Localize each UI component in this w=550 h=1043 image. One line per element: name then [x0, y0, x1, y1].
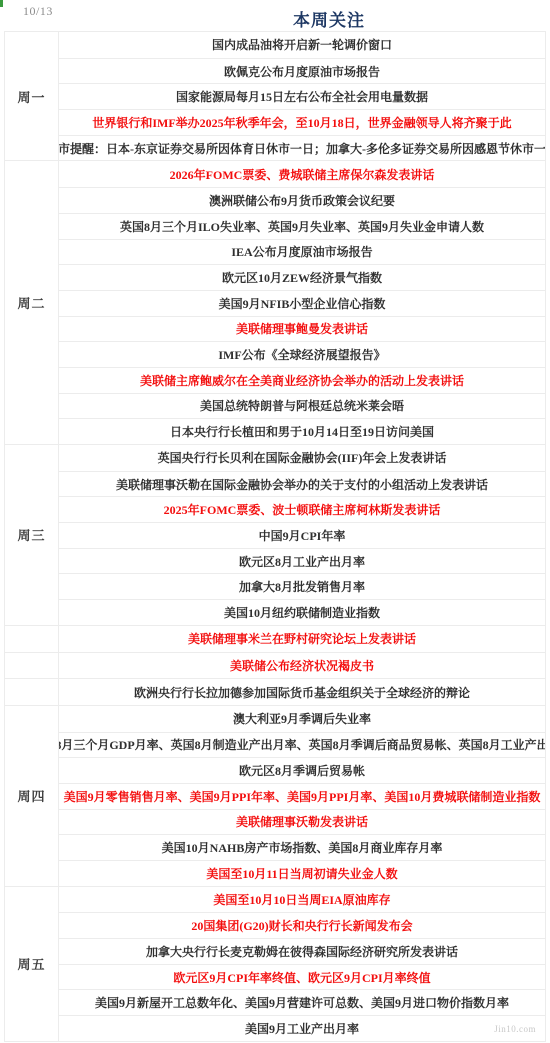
event-text: 欧元区8月工业产出月率	[239, 553, 365, 570]
event-row: 英国央行行长贝利在国际金融协会(IIF)年会上发表讲话	[59, 445, 545, 471]
event-text: IEA公布月度原油市场报告	[231, 243, 372, 260]
event-text: 20国集团(G20)财长和央行行长新闻发布会	[191, 917, 412, 934]
event-row: 美联储理事米兰在野村研究论坛上发表讲话	[59, 626, 545, 652]
day-label: 周一	[5, 32, 59, 160]
event-row: 美联储主席鲍威尔在全美商业经济协会举办的活动上发表讲话	[59, 367, 545, 393]
event-row: 美国9月新屋开工总数年化、美国9月营建许可总数、美国9月进口物价指数月率	[59, 989, 545, 1015]
event-row: 国家能源局每月15日左右公布全社会用电量数据	[59, 83, 545, 109]
event-text: IMF公布《全球经济展望报告》	[218, 346, 385, 363]
event-row: 2025年FOMC票委、波士顿联储主席柯林斯发表讲话	[59, 496, 545, 522]
event-text: 美国至10月10日当周EIA原油库存	[213, 891, 390, 908]
event-text: 美联储理事米兰在野村研究论坛上发表讲话	[188, 630, 416, 647]
event-text: 欧元区10月ZEW经济景气指数	[222, 269, 382, 286]
event-row: 欧洲央行行长拉加德参加国际货币基金组织关于全球经济的辩论	[59, 679, 545, 705]
event-rows: 国内成品油将开启新一轮调价窗口欧佩克公布月度原油市场报告国家能源局每月15日左右…	[59, 32, 545, 160]
event-text: 休市提醒：日本-东京证券交易所因体育日休市一日；加拿大-多伦多证券交易所因感恩节…	[59, 140, 545, 157]
day-section: 周三英国央行行长贝利在国际金融协会(IIF)年会上发表讲话美联储理事沃勒在国际金…	[5, 444, 545, 625]
event-text: 英国央行行长贝利在国际金融协会(IIF)年会上发表讲话	[158, 449, 447, 466]
event-row: 美国9月零售销售月率、美国9月PPI年率、美国9月PPI月率、美国10月费城联储…	[59, 783, 545, 809]
event-rows: 澳大利亚9月季调后失业率英国8月三个月GDP月率、英国8月制造业产出月率、英国8…	[59, 706, 545, 886]
event-text: 国家能源局每月15日左右公布全社会用电量数据	[176, 88, 428, 105]
event-text: 美国至10月11日当周初请失业金人数	[206, 865, 397, 882]
day-section: 美联储公布经济状况褐皮书	[5, 652, 545, 679]
event-row: 中国9月CPI年率	[59, 522, 545, 548]
event-row: 美国至10月10日当周EIA原油库存	[59, 887, 545, 913]
event-text: 国内成品油将开启新一轮调价窗口	[212, 36, 392, 53]
event-text: 美国9月NFIB小型企业信心指数	[219, 295, 386, 312]
event-text: 美国总统特朗普与阿根廷总统米莱会晤	[200, 397, 404, 414]
weekly-events-table: 周一国内成品油将开启新一轮调价窗口欧佩克公布月度原油市场报告国家能源局每月15日…	[4, 31, 546, 1042]
event-text: 美联储理事鲍曼发表讲话	[236, 320, 368, 337]
event-row: 英国8月三个月GDP月率、英国8月制造业产出月率、英国8月季调后商品贸易帐、英国…	[59, 732, 545, 758]
event-text: 澳洲联储公布9月货币政策会议纪要	[209, 192, 395, 209]
event-row: 休市提醒：日本-东京证券交易所因体育日休市一日；加拿大-多伦多证券交易所因感恩节…	[59, 135, 545, 161]
event-text: 加拿大8月批发销售月率	[239, 578, 365, 595]
event-row: 2026年FOMC票委、费城联储主席保尔森发表讲话	[59, 161, 545, 187]
event-text: 世界银行和IMF举办2025年秋季年会，至10月18日，世界金融领导人将齐聚于此	[92, 114, 511, 131]
event-text: 英国8月三个月ILO失业率、英国9月失业率、英国9月失业金申请人数	[120, 218, 484, 235]
event-text: 美联储主席鲍威尔在全美商业经济协会举办的活动上发表讲话	[140, 372, 464, 389]
event-rows: 美联储公布经济状况褐皮书	[59, 653, 545, 679]
day-label: 周四	[5, 706, 59, 886]
day-label: 周五	[5, 887, 59, 1041]
event-row: 美国总统特朗普与阿根廷总统米莱会晤	[59, 393, 545, 419]
event-row: 美联储公布经济状况褐皮书	[59, 653, 545, 679]
event-text: 美联储理事沃勒发表讲话	[236, 813, 368, 830]
event-text: 美国10月纽约联储制造业指数	[224, 604, 380, 621]
event-row: 美联储理事沃勒在国际金融协会举办的关于支付的小组活动上发表讲话	[59, 471, 545, 497]
event-text: 2026年FOMC票委、费城联储主席保尔森发表讲话	[170, 166, 435, 183]
event-text: 澳大利亚9月季调后失业率	[233, 710, 371, 727]
event-rows: 欧洲央行行长拉加德参加国际货币基金组织关于全球经济的辩论	[59, 679, 545, 705]
event-text: 美联储公布经济状况褐皮书	[230, 657, 374, 674]
day-label	[5, 679, 59, 705]
event-text: 日本央行行长植田和男于10月14日至19日访问美国	[170, 423, 434, 440]
day-section: 周一国内成品油将开启新一轮调价窗口欧佩克公布月度原油市场报告国家能源局每月15日…	[5, 32, 545, 160]
event-rows: 美国至10月10日当周EIA原油库存20国集团(G20)财长和央行行长新闻发布会…	[59, 887, 545, 1041]
event-row: 美国10月纽约联储制造业指数	[59, 599, 545, 625]
event-text: 中国9月CPI年率	[259, 527, 346, 544]
event-rows: 2026年FOMC票委、费城联储主席保尔森发表讲话澳洲联储公布9月货币政策会议纪…	[59, 161, 545, 444]
event-row: 欧元区8月工业产出月率	[59, 548, 545, 574]
day-section: 周五美国至10月10日当周EIA原油库存20国集团(G20)财长和央行行长新闻发…	[5, 886, 545, 1041]
event-row: 国内成品油将开启新一轮调价窗口	[59, 32, 545, 58]
event-row: 美国10月NAHB房产市场指数、美国8月商业库存月率	[59, 834, 545, 860]
event-row: IMF公布《全球经济展望报告》	[59, 341, 545, 367]
event-text: 美国10月NAHB房产市场指数、美国8月商业库存月率	[162, 839, 443, 856]
event-row: 欧元区9月CPI年率终值、欧元区9月CPI月率终值	[59, 964, 545, 990]
event-row: 日本央行行长植田和男于10月14日至19日访问美国	[59, 418, 545, 444]
event-row: 世界银行和IMF举办2025年秋季年会，至10月18日，世界金融领导人将齐聚于此	[59, 109, 545, 135]
event-text: 加拿大央行行长麦克勒姆在彼得森国际经济研究所发表讲话	[146, 943, 458, 960]
page-title: 本周关注	[0, 6, 550, 31]
event-text: 美国9月新屋开工总数年化、美国9月营建许可总数、美国9月进口物价指数月率	[95, 994, 509, 1011]
event-text: 欧佩克公布月度原油市场报告	[224, 63, 380, 80]
event-rows: 美联储理事米兰在野村研究论坛上发表讲话	[59, 626, 545, 652]
day-label	[5, 653, 59, 679]
day-section: 欧洲央行行长拉加德参加国际货币基金组织关于全球经济的辩论	[5, 678, 545, 705]
event-row: 美联储理事沃勒发表讲话	[59, 809, 545, 835]
day-section: 周二2026年FOMC票委、费城联储主席保尔森发表讲话澳洲联储公布9月货币政策会…	[5, 160, 545, 444]
table-sections: 周一国内成品油将开启新一轮调价窗口欧佩克公布月度原油市场报告国家能源局每月15日…	[5, 32, 545, 1041]
event-row: 欧佩克公布月度原油市场报告	[59, 58, 545, 84]
event-text: 欧元区9月CPI年率终值、欧元区9月CPI月率终值	[173, 969, 430, 986]
event-row: 欧元区10月ZEW经济景气指数	[59, 264, 545, 290]
event-row: 加拿大8月批发销售月率	[59, 573, 545, 599]
event-text: 美国9月零售销售月率、美国9月PPI年率、美国9月PPI月率、美国10月费城联储…	[64, 788, 541, 805]
watermark: Jin10.com	[494, 1024, 536, 1034]
day-label: 周三	[5, 445, 59, 625]
event-text: 美国9月工业产出月率	[245, 1020, 359, 1037]
event-row: 美联储理事鲍曼发表讲话	[59, 316, 545, 342]
event-row: 20国集团(G20)财长和央行行长新闻发布会	[59, 912, 545, 938]
event-row: 澳大利亚9月季调后失业率	[59, 706, 545, 732]
day-label	[5, 626, 59, 652]
event-row: IEA公布月度原油市场报告	[59, 239, 545, 265]
event-text: 欧元区8月季调后贸易帐	[239, 762, 365, 779]
event-row: 澳洲联储公布9月货币政策会议纪要	[59, 187, 545, 213]
event-text: 英国8月三个月GDP月率、英国8月制造业产出月率、英国8月季调后商品贸易帐、英国…	[59, 736, 545, 753]
event-row: 美国9月NFIB小型企业信心指数	[59, 290, 545, 316]
event-row: 加拿大央行行长麦克勒姆在彼得森国际经济研究所发表讲话	[59, 938, 545, 964]
event-row: 英国8月三个月ILO失业率、英国9月失业率、英国9月失业金申请人数	[59, 213, 545, 239]
day-label: 周二	[5, 161, 59, 444]
event-text: 欧洲央行行长拉加德参加国际货币基金组织关于全球经济的辩论	[134, 684, 470, 701]
day-section: 美联储理事米兰在野村研究论坛上发表讲话	[5, 625, 545, 652]
event-row: 美国9月工业产出月率	[59, 1015, 545, 1041]
event-text: 2025年FOMC票委、波士顿联储主席柯林斯发表讲话	[164, 501, 441, 518]
event-row: 美国至10月11日当周初请失业金人数	[59, 860, 545, 886]
day-section: 周四澳大利亚9月季调后失业率英国8月三个月GDP月率、英国8月制造业产出月率、英…	[5, 705, 545, 886]
event-row: 欧元区8月季调后贸易帐	[59, 757, 545, 783]
event-text: 美联储理事沃勒在国际金融协会举办的关于支付的小组活动上发表讲话	[116, 476, 488, 493]
event-rows: 英国央行行长贝利在国际金融协会(IIF)年会上发表讲话美联储理事沃勒在国际金融协…	[59, 445, 545, 625]
